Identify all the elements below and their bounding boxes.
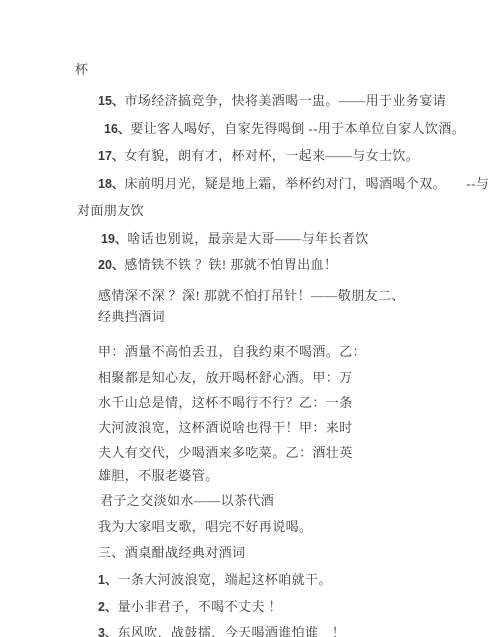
line-text: 甲：酒量不高怕丢丑，自我约束不喝酒。乙：	[98, 344, 366, 359]
list-number: 16、	[104, 122, 130, 136]
line-text: 杯	[75, 62, 88, 77]
line-text: 水千山总是情，这杯不喝行不行？乙：一条	[98, 395, 353, 410]
line-text: 啥话也别说，最亲是大哥——与年长者饮	[127, 231, 368, 246]
doc-line-item-18: 18、床前明月光，疑是地上霜，举杯约对门，喝酒喝个双。 --与	[98, 176, 489, 192]
document-page: 杯 15、市场经济搞竞争，快将美酒喝一盅。——用于业务宴请 16、要让客人喝好，…	[0, 0, 500, 637]
doc-line-item-19: 19、啥话也别说，最亲是大哥——与年长者饮	[101, 231, 369, 247]
list-number: 15、	[98, 94, 124, 108]
list-number: 2、	[98, 600, 117, 614]
doc-line-dialog-3: 水千山总是情，这杯不喝行不行？乙：一条	[98, 395, 353, 411]
list-number: 20、	[98, 258, 124, 272]
doc-line-item-15: 15、市场经济搞竞争，快将美酒喝一盅。——用于业务宴请	[98, 93, 446, 109]
line-text: 对面朋友饮	[77, 203, 144, 218]
doc-line-item-2: 2、量小非君子，不喝不丈夫 ！	[98, 599, 282, 615]
line-text: 东风吹，战鼓擂，今天喝酒谁怕谁 ！	[117, 625, 345, 637]
list-number: 17、	[98, 149, 124, 163]
line-text: 君子之交淡如水——以茶代酒	[100, 493, 274, 508]
line-text: 相聚都是知心友，放开喝杯舒心酒。甲：万	[98, 370, 353, 385]
line-text: 三、酒桌酣战经典对酒词	[98, 545, 245, 560]
doc-line-deep-feelings: 感情深不深 ？深! 那就不怕打吊针！——敬朋友二、	[98, 288, 405, 304]
doc-line-item-1: 1、一条大河波浪宽，端起这杯咱就干。	[98, 572, 332, 588]
list-number: 19、	[101, 232, 127, 246]
line-text: 量小非君子，不喝不丈夫 ！	[117, 599, 281, 614]
list-number: 18、	[98, 177, 124, 191]
section-heading-drinking-battle: 三、酒桌酣战经典对酒词	[98, 545, 245, 561]
doc-line-dialog-6: 雄胆，不服老婆管。	[98, 468, 219, 484]
line-text: 市场经济搞竞争，快将美酒喝一盅。——用于业务宴请	[124, 93, 446, 108]
line-text: 经典挡酒词	[98, 309, 165, 324]
doc-line-dialog-4: 大河波浪宽，这杯酒说啥也得干！甲：来时	[98, 420, 353, 436]
doc-line-dialog-5: 夫人有交代，少喝酒来多吃菜。乙：酒壮英	[98, 445, 353, 461]
doc-line-item-18-wrap: 对面朋友饮	[77, 203, 144, 219]
line-text: 雄胆，不服老婆管。	[98, 468, 219, 483]
line-text: 感情深不深 ？深! 那就不怕打吊针！——敬朋友二、	[98, 288, 405, 303]
line-text: 夫人有交代，少喝酒来多吃菜。乙：酒壮英	[98, 445, 353, 460]
line-text: 床前明月光，疑是地上霜，举杯约对门，喝酒喝个双。 --与	[124, 176, 489, 191]
line-text: 感情铁不铁 ？铁! 那就不怕胃出血！	[124, 257, 337, 272]
list-number: 3、	[98, 626, 117, 637]
section-heading-blocking-toasts: 经典挡酒词	[98, 309, 165, 325]
line-text: 大河波浪宽，这杯酒说啥也得干！甲：来时	[98, 420, 353, 435]
doc-line-continuation: 杯	[75, 62, 88, 78]
doc-line-item-17: 17、女有貌，朗有才，杯对杯，一起来——与女士饮。	[98, 148, 419, 164]
doc-line-item-20: 20、感情铁不铁 ？铁! 那就不怕胃出血！	[98, 257, 337, 273]
doc-line-tea-instead-of-wine: 君子之交淡如水——以茶代酒	[100, 493, 274, 509]
list-number: 1、	[98, 573, 117, 587]
line-text: 要让客人喝好，自家先得喝倒 --用于本单位自家人饮酒。	[130, 121, 465, 136]
doc-line-sing-a-song: 我为大家唱支歌，唱完不好再说喝。	[98, 519, 312, 535]
doc-line-dialog-1: 甲：酒量不高怕丢丑，自我约束不喝酒。乙：	[98, 344, 366, 360]
line-text: 女有貌，朗有才，杯对杯，一起来——与女士饮。	[124, 148, 419, 163]
line-text: 一条大河波浪宽，端起这杯咱就干。	[117, 572, 331, 587]
line-text: 我为大家唱支歌，唱完不好再说喝。	[98, 519, 312, 534]
doc-line-dialog-2: 相聚都是知心友，放开喝杯舒心酒。甲：万	[98, 370, 353, 386]
doc-line-item-3: 3、东风吹，战鼓擂，今天喝酒谁怕谁 ！	[98, 625, 345, 637]
doc-line-item-16: 16、要让客人喝好，自家先得喝倒 --用于本单位自家人饮酒。	[104, 121, 465, 137]
